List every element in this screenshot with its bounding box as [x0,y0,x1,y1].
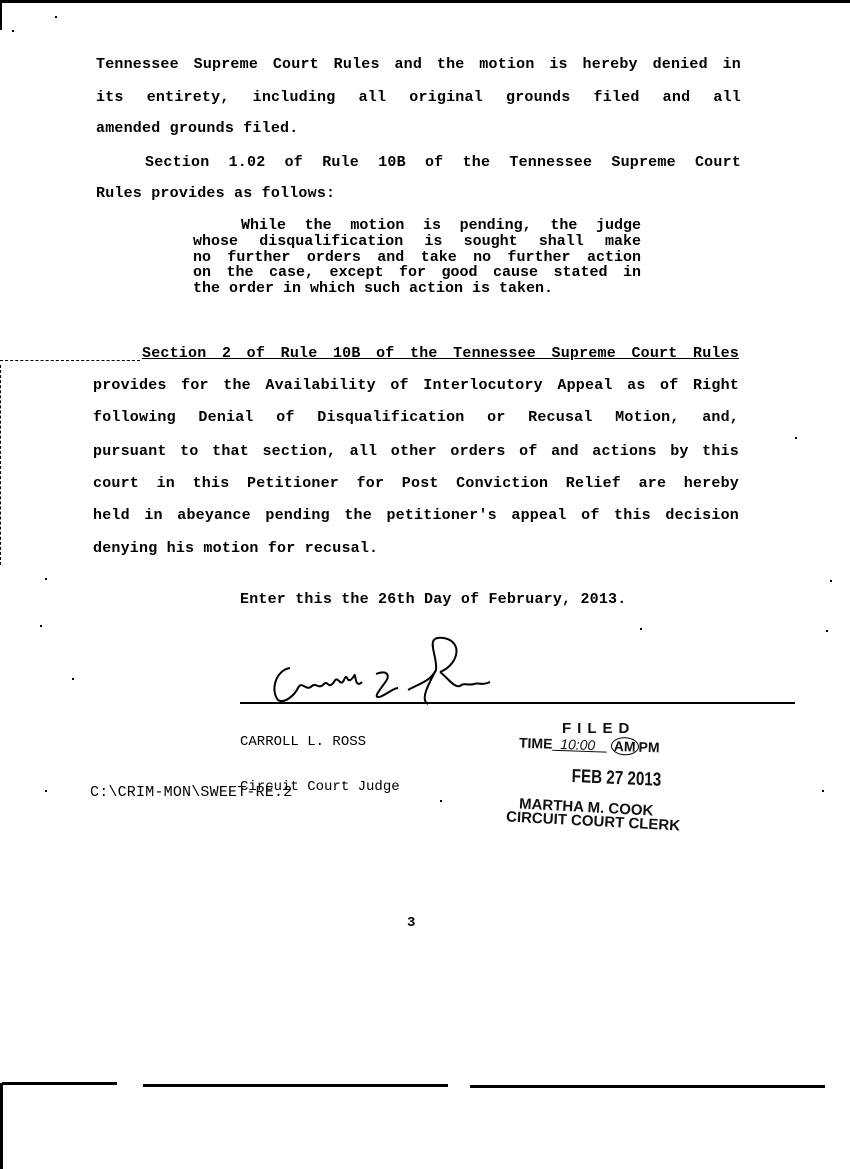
body-line: Rules provides as follows: [96,185,335,203]
scan-top-border [0,0,850,3]
quote-line: no further orders and take no further ac… [193,250,641,266]
filed-stamp-time: TIME 10:00 AMPM [519,735,660,756]
file-path: C:\CRIM-MON\SWEET-RE.2 [90,784,292,802]
signer-block: CARROLL L. ROSS Circuit Court Judge [240,705,400,825]
quote-line: the order in which such action is taken. [193,281,641,297]
document-page: Tennessee Supreme Court Rules and the mo… [0,0,850,1169]
signature-mark [268,630,498,705]
time-value: 10:00 [552,736,607,754]
entry-date-line: Enter this the 26th Day of February, 201… [240,591,626,609]
scan-speck [12,30,14,32]
scan-speck [45,790,47,792]
scan-artifact-edge [0,365,1,565]
scan-speck [45,578,47,580]
quote-line: on the case, except for good cause state… [193,265,641,281]
signer-name: CARROLL L. ROSS [240,735,400,750]
signature-line [240,702,795,704]
body-line: provides for the Availability of Interlo… [93,377,739,395]
body-line: following Denial of Disqualification or … [93,409,739,427]
scan-speck [830,580,832,582]
body-line: its entirety, including all original gro… [96,89,741,107]
filed-stamp-date: FEB 27 2013 [571,766,661,792]
body-line: pursuant to that section, all other orde… [93,443,739,461]
filed-stamp-label: FILED [562,720,635,737]
body-line: Tennessee Supreme Court Rules and the mo… [96,56,741,74]
body-line: held in abeyance pending the petitioner'… [93,507,739,525]
scan-speck [55,16,57,18]
body-line: amended grounds filed. [96,120,298,138]
scan-bottom-rule [470,1085,825,1088]
clerk-title: CIRCUIT COURT CLERK [506,808,681,834]
scan-speck [440,800,442,802]
scan-left-edge [0,0,2,30]
scan-speck [795,437,797,439]
rule-quotation: While the motion is pending, the judge w… [193,218,641,297]
scan-bottom-rule [2,1082,117,1085]
quote-line: While the motion is pending, the judge [193,218,641,234]
quote-line: whose disqualification is sought shall m… [193,234,641,250]
body-line: Section 1.02 of Rule 10B of the Tennesse… [145,154,741,172]
time-label: TIME [519,735,553,752]
page-number: 3 [407,915,415,931]
am-circled: AM [611,737,639,756]
scan-speck [40,625,42,627]
scan-speck [640,628,642,630]
body-line: Section 2 of Rule 10B of the Tennessee S… [142,345,739,363]
scan-speck [822,790,824,792]
scan-speck [826,630,828,632]
scan-left-bar [0,1083,3,1169]
scan-artifact-rule [0,360,140,361]
body-line: denying his motion for recusal. [93,540,378,558]
scan-speck [72,678,74,680]
scan-bottom-rule [143,1084,448,1087]
body-line: court in this Petitioner for Post Convic… [93,475,739,493]
pm-label: PM [638,739,660,756]
